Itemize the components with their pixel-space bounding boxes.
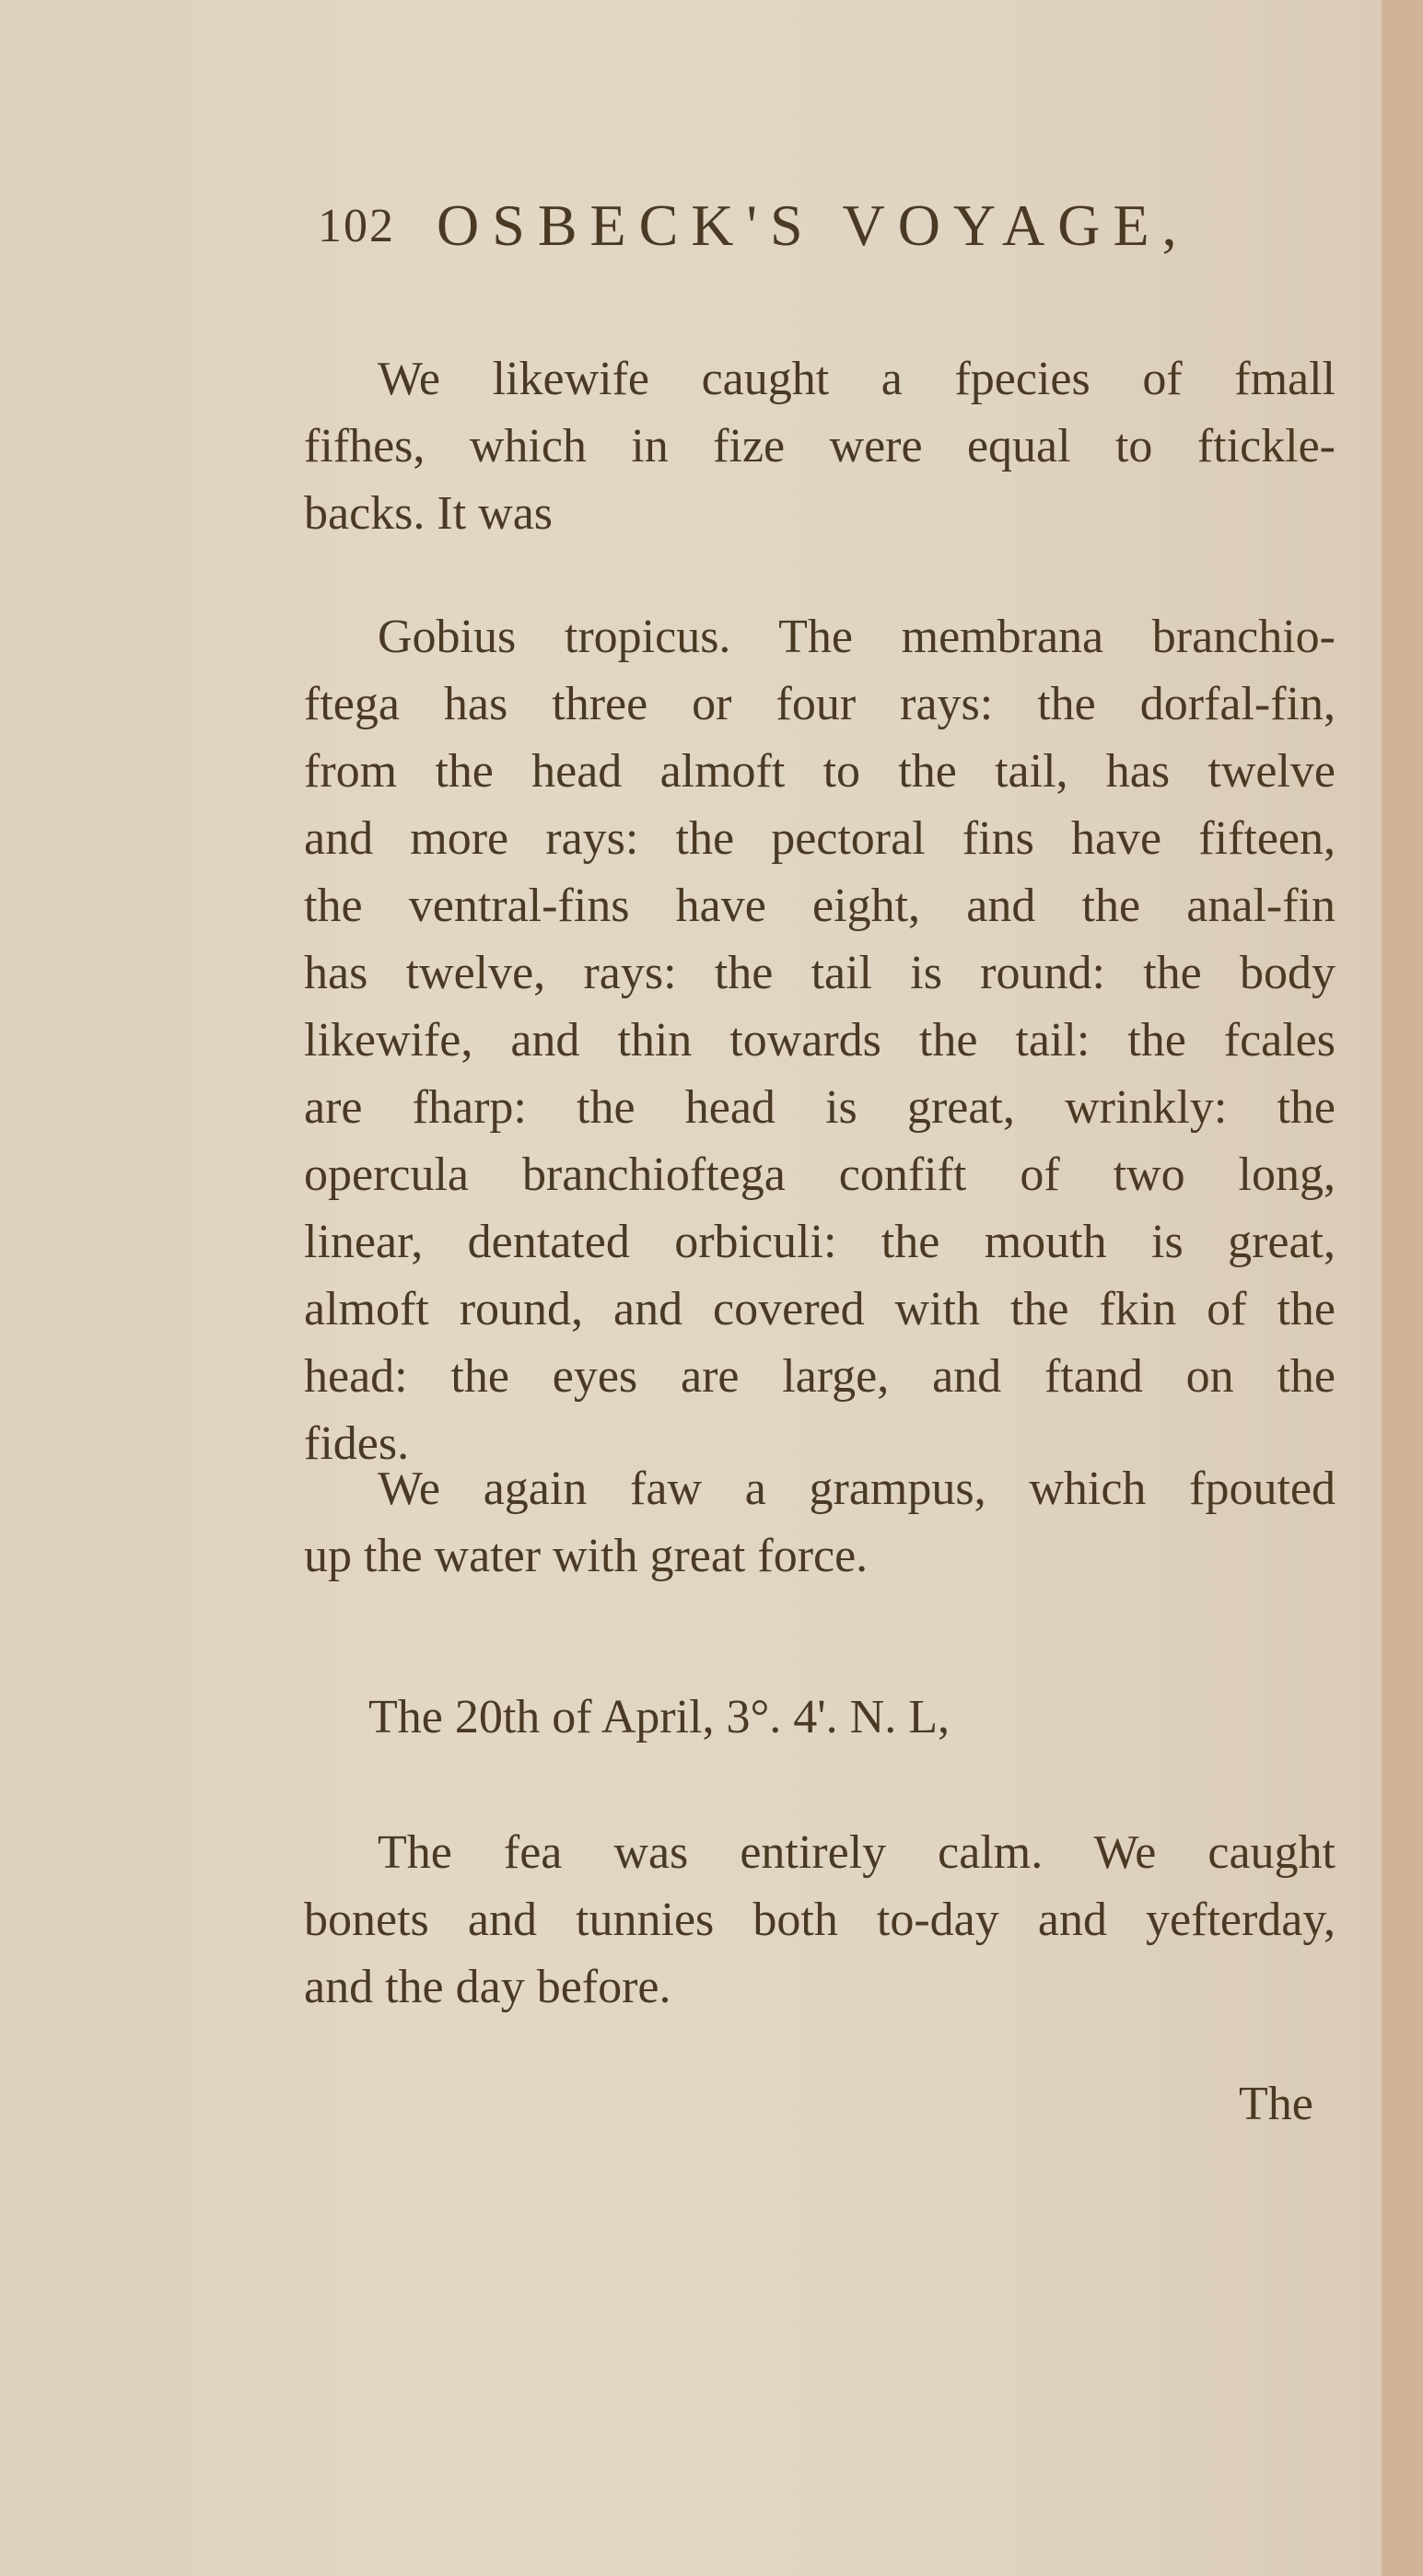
text-line: are fharp: the head is great, wrinkly: t… — [304, 1074, 1336, 1141]
text-line: and more rays: the pectoral fins have fi… — [304, 805, 1336, 872]
text-line: ftega has three or four rays: the dorfal… — [304, 670, 1336, 738]
date-heading: The 20th of April, 3°. 4'. N. L, — [368, 1690, 950, 1744]
text-line: We again faw a grampus, which fpouted — [304, 1455, 1336, 1522]
text-line: from the head almoft to the tail, has tw… — [304, 738, 1336, 805]
page-edge — [1382, 0, 1423, 2576]
text-line: up the water with great force. — [304, 1522, 1336, 1590]
paragraph-grampus: We again faw a grampus, which fpouted up… — [304, 1455, 1336, 1590]
text-line: bonets and tunnies both to-day and yefte… — [304, 1886, 1336, 1953]
running-title: OSBECK'S VOYAGE, — [437, 192, 1190, 260]
text-line: backs. It was — [304, 480, 1336, 547]
text-line: almoft round, and covered with the fkin … — [304, 1276, 1336, 1343]
text-line: and the day before. — [304, 1953, 1336, 2021]
page-number: 102 — [318, 199, 395, 253]
paragraph-gobius-description: Gobius tropicus. The membrana branchio- … — [304, 603, 1336, 1477]
text-line: linear, dentated orbiculi: the mouth is … — [304, 1208, 1336, 1276]
page-header: 102 OSBECK'S VOYAGE, — [318, 180, 1312, 272]
text-line: opercula branchioftega confift of two lo… — [304, 1141, 1336, 1208]
text-line: We likewife caught a fpecies of fmall — [304, 345, 1336, 413]
paragraph-calm-sea: The fea was entirely calm. We caught bon… — [304, 1819, 1336, 2021]
paragraph-small-fishes: We likewife caught a fpecies of fmall fi… — [304, 345, 1336, 547]
text-line: likewife, and thin towards the tail: the… — [304, 1007, 1336, 1074]
text-line: the ventral-fins have eight, and the ana… — [304, 872, 1336, 939]
text-line: The fea was entirely calm. We caught — [304, 1819, 1336, 1886]
text-line: fifhes, which in fize were equal to ftic… — [304, 413, 1336, 480]
text-line: head: the eyes are large, and ftand on t… — [304, 1343, 1336, 1410]
text-line: Gobius tropicus. The membrana branchio- — [304, 603, 1336, 670]
catchword: The — [1239, 2077, 1313, 2131]
text-line: has twelve, rays: the tail is round: the… — [304, 939, 1336, 1007]
